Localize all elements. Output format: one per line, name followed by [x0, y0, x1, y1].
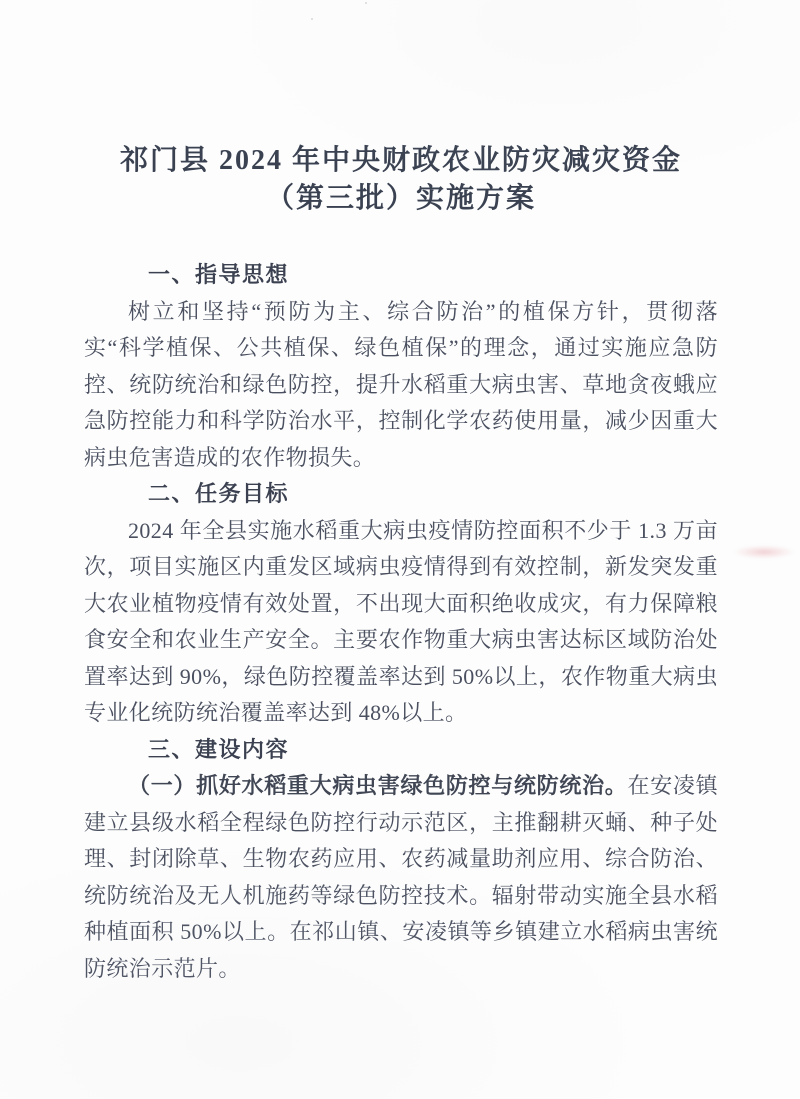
scan-noise-speck [311, 18, 313, 20]
document-content: 祁门县 2024 年中央财政农业防灾减灾资金 （第三批）实施方案 一、指导思想 … [84, 142, 718, 987]
scan-bleed-smudge [733, 545, 795, 559]
section-2-heading: 二、任务目标 [84, 476, 718, 513]
section-task-objectives: 二、任务目标 2024 年全县实施水稻重大病虫疫情防控面积不少于 1.3 万亩次… [84, 476, 718, 732]
scanned-document-page: 祁门县 2024 年中央财政农业防灾减灾资金 （第三批）实施方案 一、指导思想 … [0, 0, 800, 1099]
section-3-item-1-title: （一）抓好水稻重大病虫害绿色防控与统防统治。 [128, 773, 627, 798]
section-3-paragraph: （一）抓好水稻重大病虫害绿色防控与统防统治。在安凌镇建立县级水稻全程绿色防控行动… [84, 768, 718, 987]
section-1-heading: 一、指导思想 [84, 257, 718, 294]
section-guiding-ideology: 一、指导思想 树立和坚持“预防为主、综合防治”的植保方针，贯彻落实“科学植保、公… [84, 257, 718, 476]
section-2-paragraph: 2024 年全县实施水稻重大病虫疫情防控面积不少于 1.3 万亩次，项目实施区内… [84, 513, 718, 732]
scan-noise-speck [365, 2, 367, 4]
section-construction-content: 三、建设内容 （一）抓好水稻重大病虫害绿色防控与统防统治。在安凌镇建立县级水稻全… [84, 732, 718, 988]
section-3-item-1-body: 在安凌镇建立县级水稻全程绿色防控行动示范区，主推翻耕灭蛹、种子处理、封闭除草、生… [84, 773, 718, 981]
document-title-line-2: （第三批）实施方案 [84, 180, 718, 218]
section-1-paragraph: 树立和坚持“预防为主、综合防治”的植保方针，贯彻落实“科学植保、公共植保、绿色植… [84, 294, 718, 477]
document-title-line-1: 祁门县 2024 年中央财政农业防灾减灾资金 [84, 142, 718, 180]
section-3-heading: 三、建设内容 [84, 732, 718, 769]
document-title: 祁门县 2024 年中央财政农业防灾减灾资金 （第三批）实施方案 [84, 142, 718, 218]
